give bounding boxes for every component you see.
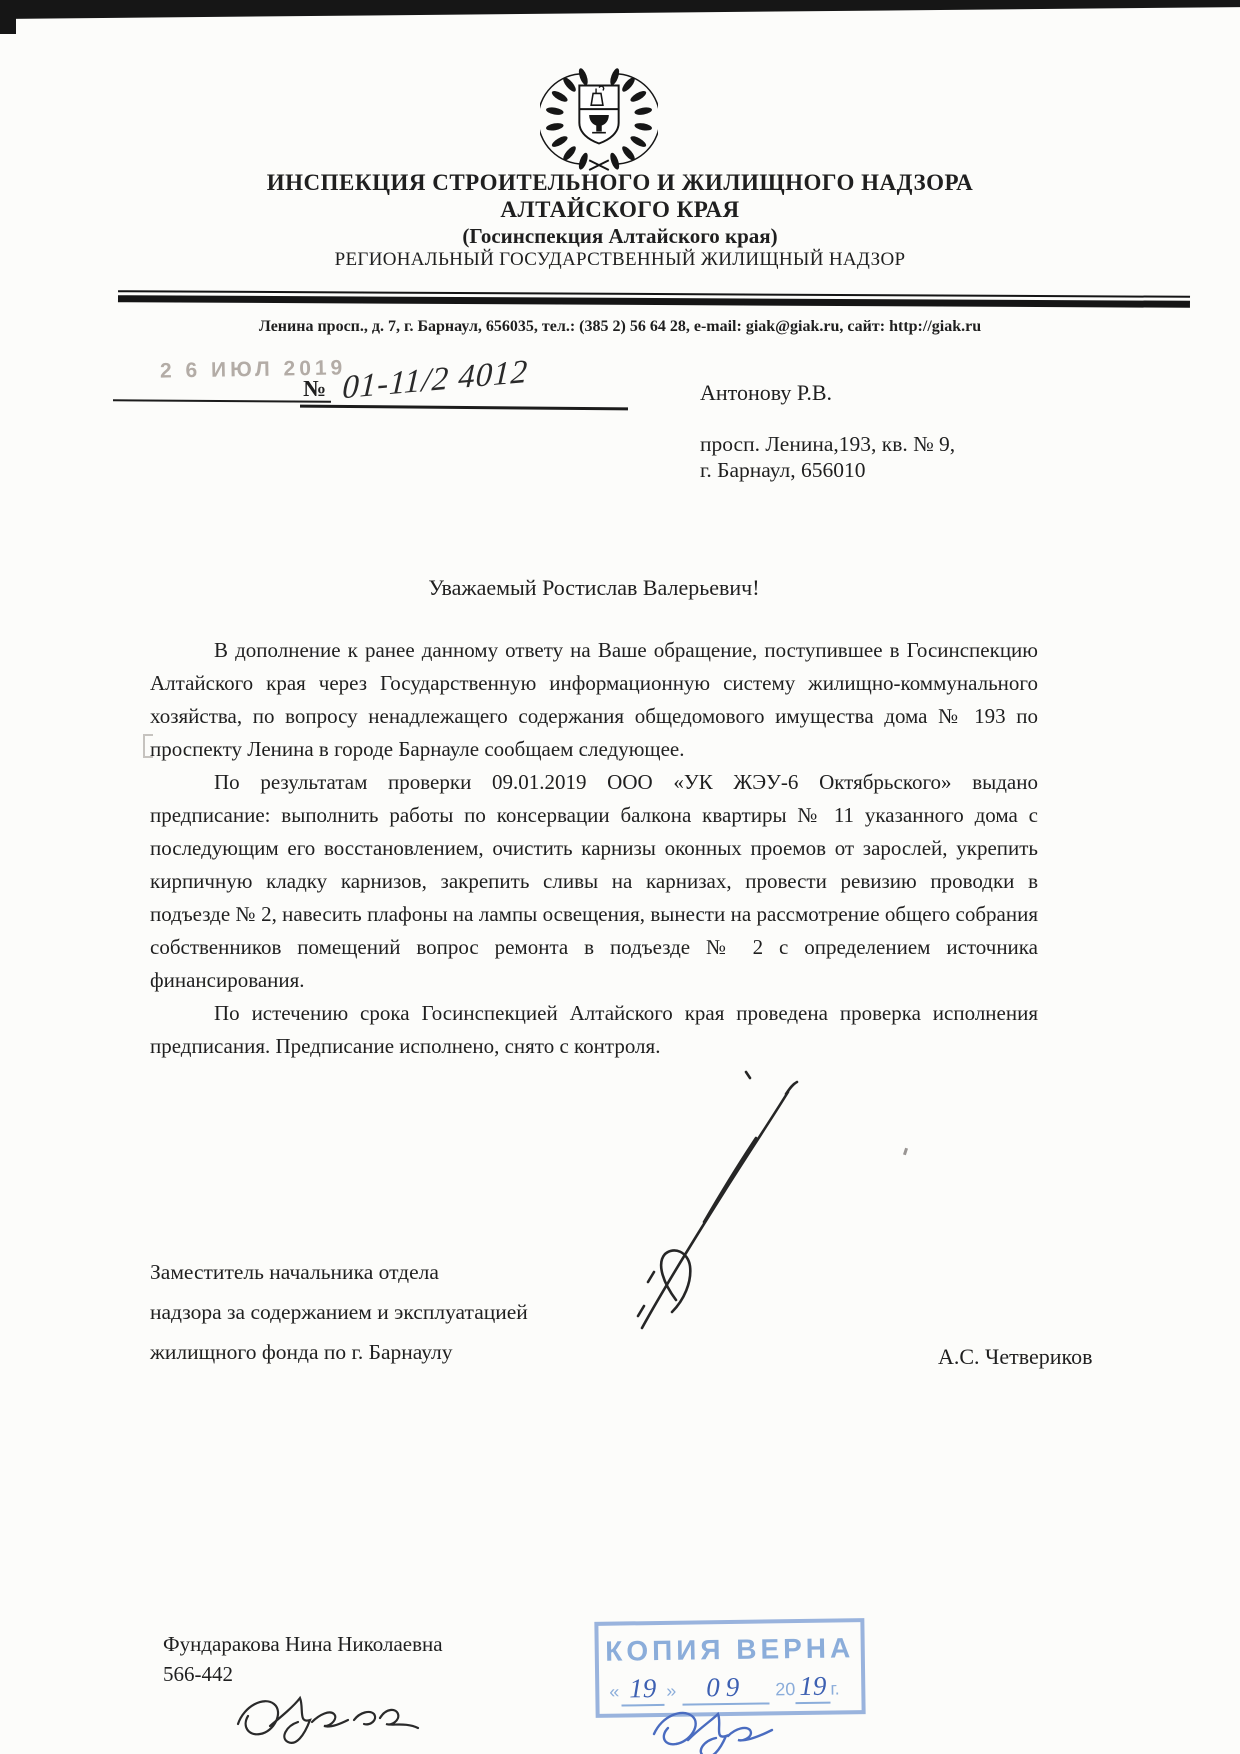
- letterhead-divider: [118, 290, 1190, 308]
- scan-corner-artifact: [0, 0, 16, 34]
- org-address-line: Ленина просп., д. 7, г. Барнаул, 656035,…: [70, 318, 1170, 336]
- signer-position-line3: жилищного фонда по г. Барнаулу: [150, 1332, 528, 1372]
- quote-open: «: [609, 1682, 619, 1703]
- scan-edge-artifact: [0, 0, 1240, 19]
- year-prefix: 20: [775, 1679, 795, 1700]
- signer-name: А.С. Четвериков: [938, 1344, 1093, 1370]
- handwritten-month: 09: [706, 1672, 745, 1703]
- recipient-address-line1: просп. Ленина,193, кв. № 9,: [700, 432, 955, 457]
- handwritten-day: 19: [629, 1673, 656, 1703]
- quote-close: »: [666, 1681, 676, 1702]
- paragraph-2: По результатам проверки 09.01.2019 ООО «…: [150, 766, 1038, 997]
- letter-body: В дополнение к ранее данному ответу на В…: [150, 634, 1038, 1063]
- copy-stamp-signature: [630, 1700, 820, 1754]
- scanned-letter-page: ИНСПЕКЦИЯ СТРОИТЕЛЬНОГО И ЖИЛИЩНОГО НАДЗ…: [0, 0, 1240, 1754]
- copy-stamp-title: КОПИЯ ВЕРНА: [599, 1632, 861, 1668]
- signer-position-line1: Заместитель начальника отдела: [150, 1252, 528, 1292]
- handwritten-outgoing-number: 01-11/2 4012: [341, 354, 529, 408]
- number-label: №: [303, 376, 326, 402]
- date-blank-line: [113, 399, 331, 403]
- handwritten-year: 19: [799, 1671, 826, 1701]
- org-name-line2: АЛТАЙСКОГО КРАЯ: [0, 197, 1240, 223]
- paragraph-1: В дополнение к ранее данному ответу на В…: [150, 634, 1038, 766]
- coat-of-arms-icon: [540, 60, 658, 172]
- recipient-address-line2: г. Барнаул, 656010: [700, 458, 866, 483]
- year-unit: г.: [830, 1678, 840, 1699]
- signer-position-line2: надзора за содержанием и эксплуатацией: [150, 1292, 528, 1332]
- paragraph-3: По истечению срока Госинспекцией Алтайск…: [150, 997, 1038, 1063]
- speck-artifact: [903, 1148, 908, 1156]
- signer-position: Заместитель начальника отдела надзора за…: [150, 1252, 528, 1372]
- org-short-name: (Госинспекция Алтайского края): [0, 224, 1240, 249]
- salutation: Уважаемый Ростислав Валерьевич!: [150, 575, 1038, 601]
- recipient-name: Антонову Р.В.: [700, 380, 832, 406]
- official-signature: [600, 1060, 860, 1350]
- contact-person-name: Фундаракова Нина Николаевна: [163, 1632, 443, 1657]
- org-name-line1: ИНСПЕКЦИЯ СТРОИТЕЛЬНОГО И ЖИЛИЩНОГО НАДЗ…: [0, 170, 1240, 196]
- org-subtitle: РЕГИОНАЛЬНЫЙ ГОСУДАРСТВЕННЫЙ ЖИЛИЩНЫЙ НА…: [0, 249, 1240, 271]
- contact-signature: [220, 1680, 440, 1750]
